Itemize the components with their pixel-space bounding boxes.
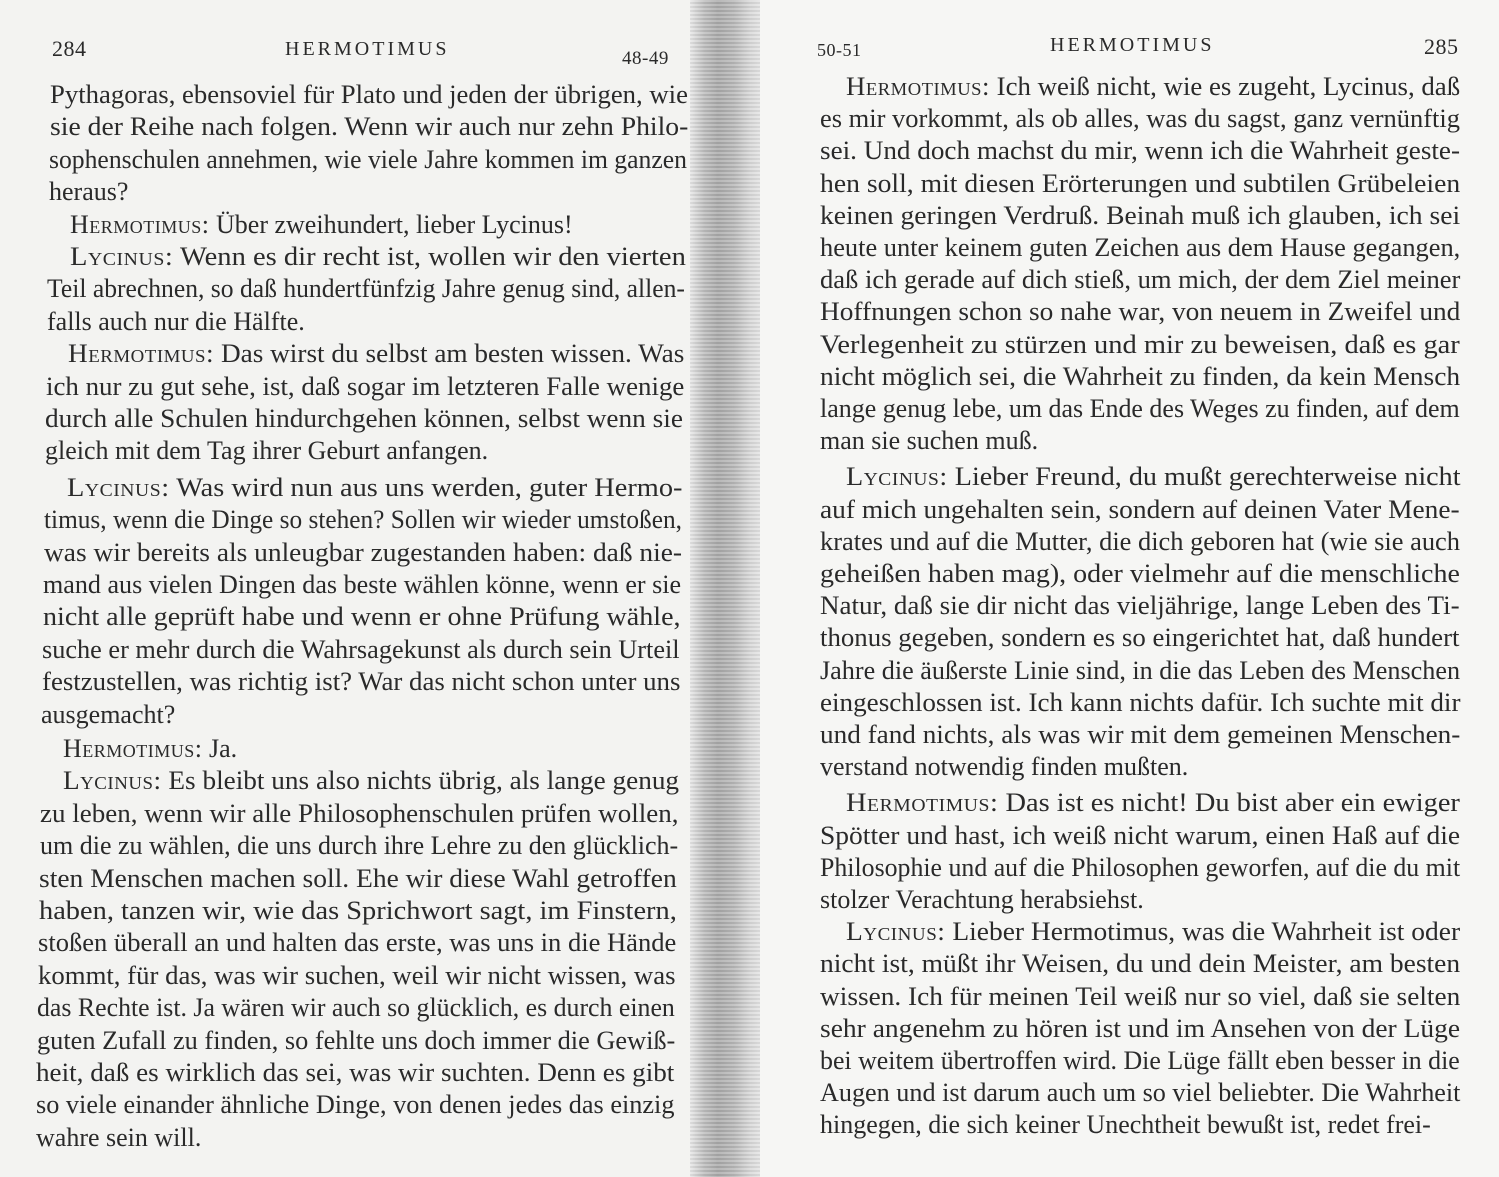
text-line: so viele einander ähnliche Dinge, von de… [36, 1090, 674, 1120]
line-text: gleich mit dem Tag ihrer Geburt anfangen… [45, 436, 488, 465]
line-text: krates und auf die Mutter, die dich gebo… [820, 527, 1460, 556]
line-text: timus, wenn die Dinge so stehen? Sollen … [44, 505, 682, 534]
line-text: Das wirst du selbst am besten wissen. Wa… [214, 339, 684, 368]
text-line: Philosophie und auf die Philosophen gewo… [820, 853, 1460, 883]
text-line: Verlegenheit zu stürzen und mir zu bewei… [820, 330, 1460, 360]
text-line: nicht möglich sei, die Wahrheit zu finde… [820, 362, 1460, 392]
line-text: festzustellen, was richtig ist? War das … [42, 667, 680, 696]
text-line: sehr angenehm zu hören ist und im Ansehe… [820, 1014, 1460, 1044]
line-text: das Rechte ist. Ja wären wir auch so glü… [37, 993, 675, 1022]
speaker-paragraph-line: Hermotimus: Über zweihundert, lieber Lyc… [70, 210, 573, 240]
line-text: es mir vorkommt, als ob alles, was du sa… [820, 104, 1460, 133]
text-line: heit, daß es wirklich das sei, was wir s… [36, 1058, 674, 1088]
text-line: festzustellen, was richtig ist? War das … [42, 667, 680, 697]
speaker-paragraph-line: Lycinus: Lieber Freund, du mußt gerechte… [846, 462, 1461, 492]
page-number: 284 [52, 36, 87, 62]
text-line: kommt, für das, was wir suchen, weil wir… [38, 961, 676, 991]
line-text: guten Zufall zu finden, so fehlte uns do… [37, 1026, 675, 1055]
section-marker: 50-51 [817, 40, 862, 61]
line-text: und fand nichts, als was wir mit dem gem… [820, 720, 1460, 749]
speaker-name: Hermotimus: [846, 72, 990, 101]
speaker-paragraph-line: Lycinus: Wenn es dir recht ist, wollen w… [70, 242, 686, 272]
text-line: geheißen haben mag), oder vielmehr auf d… [820, 559, 1460, 589]
text-line: nicht alle geprüft habe und wenn er ohne… [43, 602, 681, 632]
text-line: hingegen, die sich keiner Unechtheit bew… [820, 1110, 1431, 1140]
book-gutter [690, 0, 770, 1177]
line-text: Wenn es dir recht ist, wollen wir den vi… [173, 242, 686, 271]
text-line: haben, tanzen wir, wie das Sprichwort sa… [39, 896, 677, 926]
line-text: heraus? [49, 177, 128, 206]
text-line: sie der Reihe nach folgen. Wenn wir auch… [50, 112, 688, 142]
line-text: Teil abrechnen, so daß hundertfünfzig Ja… [47, 274, 685, 303]
line-text: um die zu wählen, die uns durch ihre Leh… [40, 831, 678, 860]
text-line: durch alle Schulen hindurchgehen können,… [45, 404, 683, 434]
text-line: falls auch nur die Hälfte. [47, 307, 305, 337]
line-text: hingegen, die sich keiner Unechtheit bew… [820, 1110, 1431, 1139]
text-line: heute unter keinem guten Zeichen aus dem… [820, 233, 1460, 263]
line-text: nicht alle geprüft habe und wenn er ohne… [43, 602, 681, 631]
text-line: ausgemacht? [41, 700, 175, 730]
line-text: verstand notwendig finden mußten. [820, 752, 1188, 781]
line-text: daß ich gerade auf dich stieß, um mich, … [820, 265, 1460, 294]
line-text: zu leben, wenn wir alle Philosophenschul… [40, 799, 678, 828]
speaker-paragraph-line: Hermotimus: Ich weiß nicht, wie es zugeh… [846, 72, 1460, 102]
text-line: lange genug lebe, um das Ende des Weges … [820, 394, 1460, 424]
speaker-paragraph-line: Hermotimus: Ja. [63, 734, 237, 764]
text-line: und fand nichts, als was wir mit dem gem… [820, 720, 1460, 750]
line-text: man sie suchen muß. [820, 426, 1038, 455]
text-line: bei weitem übertroffen wird. Die Lüge fä… [820, 1046, 1460, 1076]
text-line: eingeschlossen ist. Ich kann nichts dafü… [820, 688, 1460, 718]
line-text: Verlegenheit zu stürzen und mir zu bewei… [820, 330, 1460, 359]
text-line: Jahre die äußerste Linie sind, in die da… [820, 656, 1460, 686]
text-line: stoßen überall an und halten das erste, … [38, 928, 676, 958]
line-text: heute unter keinem guten Zeichen aus dem… [820, 233, 1460, 262]
speaker-paragraph-line: Hermotimus: Das ist es nicht! Du bist ab… [846, 788, 1460, 818]
speaker-name: Hermotimus: [70, 210, 210, 239]
line-text: sophenschulen annehmen, wie viele Jahre … [49, 145, 687, 174]
text-line: gleich mit dem Tag ihrer Geburt anfangen… [45, 436, 488, 466]
line-text: Spötter und hast, ich weiß nicht warum, … [820, 821, 1460, 850]
line-text: Ja. [203, 734, 238, 763]
line-text: nicht möglich sei, die Wahrheit zu finde… [820, 362, 1460, 391]
text-line: sten Menschen machen soll. Ehe wir diese… [39, 864, 677, 894]
speaker-name: Lycinus: [63, 766, 162, 795]
line-text: sei. Und doch machst du mir, wenn ich di… [820, 136, 1460, 165]
line-text: nicht ist, müßt ihr Weisen, du und dein … [820, 949, 1460, 978]
text-line: um die zu wählen, die uns durch ihre Leh… [40, 831, 678, 861]
speaker-name: Lycinus: [846, 462, 948, 491]
text-line: zu leben, wenn wir alle Philosophenschul… [40, 799, 678, 829]
text-line: auf mich ungehalten sein, sondern auf de… [820, 495, 1460, 525]
text-line: Pythagoras, ebensoviel für Plato und jed… [50, 80, 688, 110]
line-text: wahre sein will. [36, 1123, 201, 1152]
text-line: suche er mehr durch die Wahrsagekunst al… [42, 635, 680, 665]
section-marker: 48-49 [622, 48, 669, 70]
line-text: stoßen überall an und halten das erste, … [38, 928, 676, 957]
line-text: Es bleibt uns also nichts übrig, als lan… [162, 766, 679, 795]
line-text: stolzer Verachtung herabsiehst. [820, 885, 1144, 914]
line-text: Philosophie und auf die Philosophen gewo… [820, 853, 1460, 882]
line-text: Augen und ist darum auch um so viel beli… [820, 1078, 1460, 1107]
left-page: 284 HERMOTIMUS 48-49 Pythagoras, ebensov… [0, 0, 700, 1177]
text-line: es mir vorkommt, als ob alles, was du sa… [820, 104, 1460, 134]
line-text: sehr angenehm zu hören ist und im Ansehe… [820, 1014, 1460, 1043]
line-text: Lieber Hermotimus, was die Wahrheit ist … [945, 917, 1460, 946]
line-text: Hoffnungen schon so nahe war, von neuem … [820, 297, 1460, 326]
text-line: verstand notwendig finden mußten. [820, 752, 1188, 782]
text-line: was wir bereits als unleugbar zugestande… [44, 538, 682, 568]
text-line: Augen und ist darum auch um so viel beli… [820, 1078, 1460, 1108]
line-text: suche er mehr durch die Wahrsagekunst al… [42, 635, 680, 664]
speaker-name: Lycinus: [846, 917, 945, 946]
running-head: HERMOTIMUS [285, 38, 449, 61]
line-text: heit, daß es wirklich das sei, was wir s… [36, 1058, 674, 1087]
text-line: heraus? [49, 177, 128, 207]
speaker-name: Lycinus: [70, 242, 173, 271]
line-text: bei weitem übertroffen wird. Die Lüge fä… [820, 1046, 1460, 1075]
line-text: mand aus vielen Dingen das beste wählen … [43, 570, 681, 599]
right-page: 50-51 HERMOTIMUS 285 Hermotimus: Ich wei… [760, 0, 1499, 1177]
text-line: wahre sein will. [36, 1123, 201, 1153]
text-line: sei. Und doch machst du mir, wenn ich di… [820, 136, 1460, 166]
speaker-paragraph-line: Lycinus: Lieber Hermotimus, was die Wahr… [846, 917, 1460, 947]
running-head: HERMOTIMUS [1050, 34, 1214, 57]
line-text: Pythagoras, ebensoviel für Plato und jed… [50, 80, 688, 109]
text-line: mand aus vielen Dingen das beste wählen … [43, 570, 681, 600]
text-line: nicht ist, müßt ihr Weisen, du und dein … [820, 949, 1460, 979]
text-line: ich nur zu gut sehe, ist, daß sogar im l… [46, 372, 684, 402]
line-text: kommt, für das, was wir suchen, weil wir… [38, 961, 676, 990]
line-text: Natur, daß sie dir nicht das vieljährige… [820, 591, 1460, 620]
line-text: haben, tanzen wir, wie das Sprichwort sa… [39, 896, 677, 925]
line-text: Ich weiß nicht, wie es zugeht, Lycinus, … [990, 72, 1460, 101]
text-line: thonus gegeben, sondern es so eingericht… [820, 623, 1459, 653]
text-line: Spötter und hast, ich weiß nicht warum, … [820, 821, 1460, 851]
line-text: thonus gegeben, sondern es so eingericht… [820, 623, 1459, 652]
line-text: ausgemacht? [41, 700, 175, 729]
line-text: Jahre die äußerste Linie sind, in die da… [820, 656, 1460, 685]
text-line: krates und auf die Mutter, die dich gebo… [820, 527, 1460, 557]
line-text: Was wird nun aus uns werden, guter Hermo… [170, 473, 683, 502]
line-text: lange genug lebe, um das Ende des Weges … [820, 394, 1460, 423]
line-text: so viele einander ähnliche Dinge, von de… [36, 1090, 674, 1119]
line-text: Das ist es nicht! Du bist aber ein ewige… [998, 788, 1459, 817]
text-line: Teil abrechnen, so daß hundertfünfzig Ja… [47, 274, 685, 304]
line-text: was wir bereits als unleugbar zugestande… [44, 538, 682, 567]
text-line: man sie suchen muß. [820, 426, 1038, 456]
line-text: Über zweihundert, lieber Lycinus! [210, 210, 573, 239]
page-number: 285 [1424, 34, 1459, 60]
speaker-name: Lycinus: [67, 473, 170, 502]
line-text: Lieber Freund, du mußt gerechterweise ni… [948, 462, 1461, 491]
text-line: keinen geringen Verdruß. Beinah muß ich … [820, 201, 1460, 231]
speaker-paragraph-line: Lycinus: Es bleibt uns also nichts übrig… [63, 766, 679, 796]
text-line: hen soll, mit diesen Erörterungen und su… [820, 169, 1460, 199]
text-line: wissen. Ich für meinen Teil weiß nur so … [820, 982, 1460, 1012]
line-text: falls auch nur die Hälfte. [47, 307, 305, 336]
text-line: stolzer Verachtung herabsiehst. [820, 885, 1144, 915]
text-line: timus, wenn die Dinge so stehen? Sollen … [44, 505, 682, 535]
line-text: keinen geringen Verdruß. Beinah muß ich … [820, 201, 1460, 230]
speaker-name: Hermotimus: [63, 734, 203, 763]
line-text: ich nur zu gut sehe, ist, daß sogar im l… [46, 372, 684, 401]
text-line: guten Zufall zu finden, so fehlte uns do… [37, 1026, 675, 1056]
text-line: Hoffnungen schon so nahe war, von neuem … [820, 297, 1460, 327]
line-text: durch alle Schulen hindurchgehen können,… [45, 404, 683, 433]
text-line: daß ich gerade auf dich stieß, um mich, … [820, 265, 1460, 295]
speaker-paragraph-line: Hermotimus: Das wirst du selbst am beste… [68, 339, 684, 369]
speaker-paragraph-line: Lycinus: Was wird nun aus uns werden, gu… [67, 473, 682, 503]
line-text: hen soll, mit diesen Erörterungen und su… [820, 169, 1460, 198]
text-line: das Rechte ist. Ja wären wir auch so glü… [37, 993, 675, 1023]
line-text: eingeschlossen ist. Ich kann nichts dafü… [820, 688, 1460, 717]
speaker-name: Hermotimus: [68, 339, 214, 368]
text-line: sophenschulen annehmen, wie viele Jahre … [49, 145, 687, 175]
line-text: sten Menschen machen soll. Ehe wir diese… [39, 864, 677, 893]
line-text: geheißen haben mag), oder vielmehr auf d… [820, 559, 1460, 588]
line-text: sie der Reihe nach folgen. Wenn wir auch… [50, 112, 688, 141]
text-line: Natur, daß sie dir nicht das vieljährige… [820, 591, 1460, 621]
line-text: wissen. Ich für meinen Teil weiß nur so … [820, 982, 1460, 1011]
speaker-name: Hermotimus: [846, 788, 998, 817]
line-text: auf mich ungehalten sein, sondern auf de… [820, 495, 1460, 524]
